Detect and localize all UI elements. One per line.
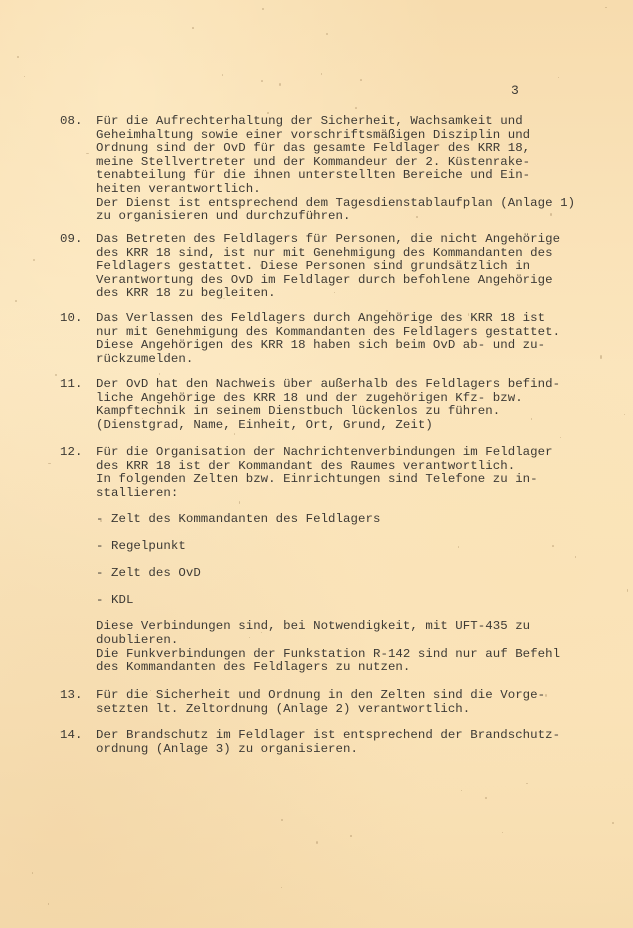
item-12: 12. Für die Organisation der Nachrichten… xyxy=(60,446,630,675)
paper-speck xyxy=(159,373,161,375)
text-line: Für die Organisation der Nachrichtenverb… xyxy=(96,446,630,460)
paper-speck xyxy=(526,783,528,784)
text-line: Das Betreten des Feldlagers für Personen… xyxy=(96,233,630,247)
item-text: Für die Aufrechterhaltung der Sicherheit… xyxy=(96,115,630,224)
paper-speck xyxy=(326,33,329,36)
paper-speck xyxy=(461,790,462,791)
list-item: - KDL xyxy=(96,594,630,608)
text-line: heiten verantwortlich. xyxy=(96,183,630,197)
text-line: tenabteilung für die ihnen unterstellten… xyxy=(96,169,630,183)
item-11: 11. Der OvD hat den Nachweis über außerh… xyxy=(60,378,630,432)
paper-speck xyxy=(48,463,50,465)
paper-speck xyxy=(316,841,318,844)
text-line: Kampftechnik in seinem Dienstbuch lücken… xyxy=(96,405,630,419)
paper-speck xyxy=(558,77,559,78)
item-text: Der OvD hat den Nachweis über außerhalb … xyxy=(96,378,630,432)
text-line: ordnung (Anlage 3) zu organisieren. xyxy=(96,743,630,757)
item-09: 09. Das Betreten des Feldlagers für Pers… xyxy=(60,233,630,301)
paper-speck xyxy=(279,83,281,86)
text-line: Der Brandschutz im Feldlager ist entspre… xyxy=(96,729,630,743)
text-line: In folgenden Zelten bzw. Einrichtungen s… xyxy=(96,473,630,487)
text-line: Ordnung sind der OvD für das gesamte Fel… xyxy=(96,142,630,156)
item-number: 14. xyxy=(60,729,94,743)
text-line: (Dienstgrad, Name, Einheit, Ort, Grund, … xyxy=(96,419,630,433)
item-number: 12. xyxy=(60,446,94,460)
paper-speck xyxy=(15,300,17,302)
page-number: 3 xyxy=(511,84,519,98)
paper-speck xyxy=(281,887,282,888)
item-08: 08. Für die Aufrechterhaltung der Sicher… xyxy=(60,115,630,224)
paper-speck xyxy=(261,80,263,82)
paper-speck xyxy=(281,819,283,821)
paper-speck xyxy=(262,8,264,10)
paper-speck xyxy=(192,27,193,29)
text-line: nur mit Genehmigung des Kommandanten des… xyxy=(96,326,630,340)
text-line: Geheimhaltung sowie einer vorschriftsmäß… xyxy=(96,129,630,143)
telephone-locations-list: - Zelt des Kommandanten des Feldlagers -… xyxy=(96,513,630,607)
text-line: Der OvD hat den Nachweis über außerhalb … xyxy=(96,378,630,392)
item-13: 13. Für die Sicherheit und Ordnung in de… xyxy=(60,689,630,716)
paper-speck xyxy=(605,7,606,8)
paper-speck xyxy=(360,79,362,81)
text-line: doublieren. xyxy=(96,634,630,648)
item-text: Das Verlassen des Feldlagers durch Angeh… xyxy=(96,312,630,366)
paper-speck xyxy=(32,872,33,874)
text-line: Der Dienst ist entsprechend dem Tagesdie… xyxy=(96,197,630,211)
text-line: rückzumelden. xyxy=(96,353,630,367)
text-line: Für die Sicherheit und Ordnung in den Ze… xyxy=(96,689,630,703)
text-line: des KRR 18 sind, ist nur mit Genehmigung… xyxy=(96,247,630,261)
item-number: 09. xyxy=(60,233,94,247)
paper-speck xyxy=(55,374,57,375)
text-line: zu organisieren und durchzuführen. xyxy=(96,210,630,224)
paper-speck xyxy=(321,73,323,76)
item-number: 11. xyxy=(60,378,94,392)
text-line: des KRR 18 zu begleiten. xyxy=(96,287,630,301)
document-page: 3 08. Für die Aufrechterhaltung der Sich… xyxy=(0,0,633,928)
paper-speck xyxy=(48,903,50,905)
text-line: Die Funkverbindungen der Funkstation R-1… xyxy=(96,648,630,662)
item-14: 14. Der Brandschutz im Feldlager ist ent… xyxy=(60,729,630,756)
text-line: setzten lt. Zeltordnung (Anlage 2) veran… xyxy=(96,703,630,717)
text-line: Diese Angehörigen des KRR 18 haben sich … xyxy=(96,339,630,353)
text-line: Für die Aufrechterhaltung der Sicherheit… xyxy=(96,115,630,129)
text-line: Verantwortung des OvD im Feldlager durch… xyxy=(96,274,630,288)
item-10: 10. Das Verlassen des Feldlagers durch A… xyxy=(60,312,630,366)
text-line: Diese Verbindungen sind, bei Notwendigke… xyxy=(96,620,630,634)
text-line: Feldlagers gestattet. Diese Personen sin… xyxy=(96,260,630,274)
text-line: Das Verlassen des Feldlagers durch Angeh… xyxy=(96,312,630,326)
paper-speck xyxy=(350,835,352,836)
item-number: 13. xyxy=(60,689,94,703)
paper-speck xyxy=(33,259,35,261)
paper-speck xyxy=(502,832,503,833)
text-line: meine Stellvertreter und der Kommandeur … xyxy=(96,156,630,170)
item-text: Für die Organisation der Nachrichtenverb… xyxy=(96,446,630,675)
list-item: - Zelt des Kommandanten des Feldlagers xyxy=(96,513,630,527)
paper-speck xyxy=(24,76,25,77)
item-text: Für die Sicherheit und Ordnung in den Ze… xyxy=(96,689,630,716)
paper-speck xyxy=(355,107,357,109)
paper-speck xyxy=(612,822,614,824)
paper-speck xyxy=(234,433,235,435)
paper-speck xyxy=(485,797,486,799)
text-line: des Kommandanten des Feldlagers zu nutze… xyxy=(96,661,630,675)
list-item: - Zelt des OvD xyxy=(96,567,630,581)
text-line: des KRR 18 ist der Kommandant des Raumes… xyxy=(96,460,630,474)
item-text: Der Brandschutz im Feldlager ist entspre… xyxy=(96,729,630,756)
item-text: Das Betreten des Feldlagers für Personen… xyxy=(96,233,630,301)
text-line: stallieren: xyxy=(96,487,630,501)
text-line: liche Angehörige des KRR 18 und der zuge… xyxy=(96,392,630,406)
paper-speck xyxy=(560,437,561,438)
item-number: 08. xyxy=(60,115,94,129)
paper-speck xyxy=(17,56,19,58)
item-number: 10. xyxy=(60,312,94,326)
list-item: - Regelpunkt xyxy=(96,540,630,554)
paper-speck xyxy=(222,74,224,76)
